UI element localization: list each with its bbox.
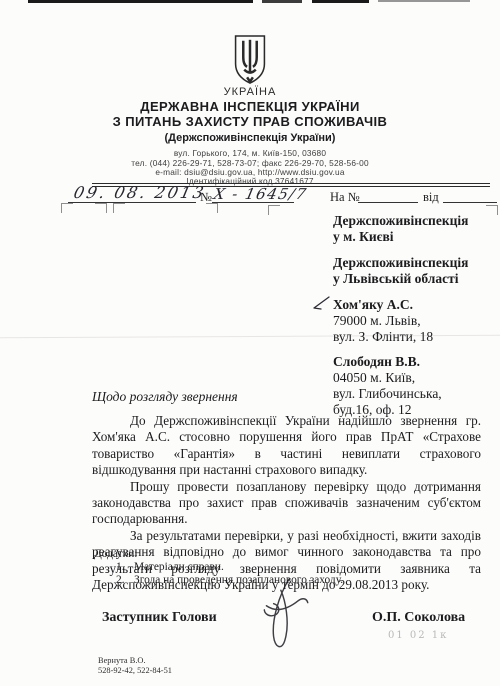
attachment-number: 2. — [116, 574, 134, 587]
subject-line: Щодо розгляду звернення — [92, 389, 238, 405]
scan-artifact-bar — [28, 0, 253, 3]
number-underline — [212, 202, 294, 203]
attachment-item: 1.Матеріали справи. — [116, 561, 343, 574]
reply-number-blank — [358, 202, 418, 203]
org-phones: тел. (044) 226-29-71, 528-73-07; факс 22… — [0, 158, 500, 168]
ukraine-trident-emblem-icon — [231, 35, 269, 85]
date-underline — [68, 202, 196, 203]
recipient-name: Держспоживінспекція — [333, 213, 493, 229]
scanned-letter-page: УКРАЇНА ДЕРЖАВНА ІНСПЕКЦІЯ УКРАЇНИ З ПИТ… — [0, 0, 500, 686]
signer-name: О.П. Соколова — [372, 610, 465, 626]
recipient-line: вул. Глибочинська, — [333, 386, 493, 402]
recipient-line: 79000 м. Львів, — [333, 313, 493, 329]
country-name: УКРАЇНА — [0, 86, 500, 98]
recipient-name: Хом'яку А.С. — [333, 297, 493, 313]
scan-artifact-bar — [312, 0, 369, 3]
org-name-line1: ДЕРЖАВНА ІНСПЕКЦІЯ УКРАЇНИ — [0, 99, 500, 114]
corner-mark — [206, 203, 218, 213]
org-name-line2: З ПИТАНЬ ЗАХИСТУ ПРАВ СПОЖИВАЧІВ — [0, 114, 500, 129]
executor-block: Вернута В.О. 528-92-42, 522-84-51 — [98, 656, 172, 675]
recipient: Слободян В.В. 04050 м. Київ, вул. Глибоч… — [333, 354, 493, 418]
recipient-name: Держспоживінспекція — [333, 255, 493, 271]
recipient-line: вул. З. Флінти, 18 — [333, 329, 493, 345]
org-short-name: (Держспоживінспекція України) — [0, 132, 500, 144]
body-paragraph: До Держспоживінспекції України надійшло … — [92, 413, 481, 479]
corner-mark — [95, 203, 107, 213]
scan-artifact-bar — [378, 0, 470, 2]
attachment-text: Матеріали справи. — [134, 561, 224, 573]
attachments-label: Додатки: — [94, 548, 343, 561]
handwritten-date: 09. 08. 2013 — [72, 183, 208, 202]
handwritten-checkmark-icon — [311, 295, 331, 312]
corner-mark — [268, 205, 280, 215]
corner-mark — [61, 203, 73, 213]
body-paragraph: Прошу провести позапланову перевірку щод… — [92, 479, 481, 528]
recipient: Держспоживінспекція у Львівській області — [333, 255, 493, 287]
recipient-line: у м. Києві — [333, 229, 493, 245]
executor-name: Вернута В.О. — [98, 656, 172, 666]
handwritten-outgoing-number: Х - 1645/7 — [212, 185, 309, 203]
reply-to-number-label: На № — [330, 190, 360, 205]
executor-phones: 528-92-42, 522-84-51 — [98, 666, 172, 676]
attachment-number: 1. — [116, 561, 134, 574]
recipient: Держспоживінспекція у м. Києві — [333, 213, 493, 245]
handwritten-signature-scribble-icon — [254, 574, 316, 654]
pencil-note: 01 02 1к — [388, 630, 448, 641]
corner-mark — [113, 203, 125, 213]
recipient-name: Слободян В.В. — [333, 354, 493, 370]
reply-from-label: від — [423, 190, 439, 205]
recipients-block: Держспоживінспекція у м. Києві Держспожи… — [333, 213, 493, 428]
recipient: Хом'яку А.С. 79000 м. Львів, вул. З. Флі… — [333, 297, 493, 345]
org-address: вул. Горького, 174, м. Київ-150, 03680 — [0, 148, 500, 158]
scan-artifact-bar — [262, 0, 302, 3]
reply-date-blank — [443, 202, 497, 203]
signer-title: Заступник Голови — [102, 610, 217, 626]
recipient-line: 04050 м. Київ, — [333, 370, 493, 386]
recipient-line: у Львівській області — [333, 271, 493, 287]
